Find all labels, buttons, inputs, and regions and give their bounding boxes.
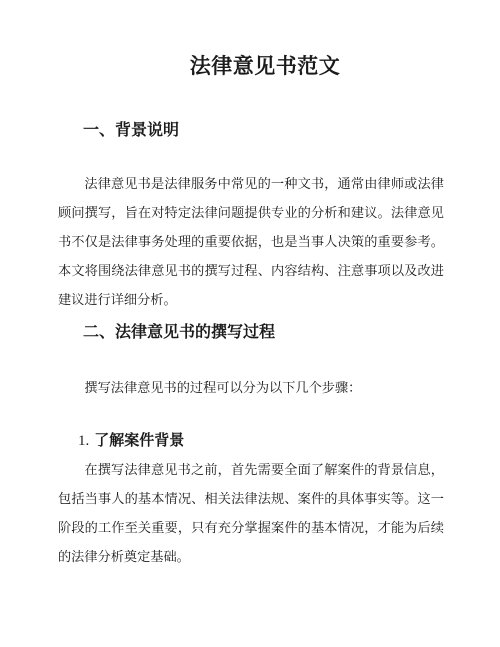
paragraph-line: 的法律分析奠定基础。 (58, 542, 444, 571)
document-title: 法律意见书范文 (58, 50, 444, 84)
section-heading-writing-process: 二、法律意见书的撰写过程 (58, 322, 444, 344)
paragraph-line: 阶段的工作至关重要，只有充分掌握案件的基本情况，才能为后续 (58, 513, 444, 542)
paragraph-case-background: 在撰写法律意见书之前，首先需要全面了解案件的背景信息， 包括当事人的基本情况、相… (58, 455, 444, 571)
subsection-number: 1. (78, 433, 89, 449)
paragraph-line: 包括当事人的基本情况、相关法律法规、案件的具体事实等。这一 (58, 484, 444, 513)
paragraph-line: 法律意见书是法律服务中常见的一种文书，通常由律师或法律 (58, 169, 444, 198)
paragraph-line: 书不仅是法律事务处理的重要依据，也是当事人决策的重要参考。 (58, 227, 444, 256)
paragraph-line: 本文将围绕法律意见书的撰写过程、内容结构、注意事项以及改进 (58, 256, 444, 285)
paragraph-line: 建议进行详细分析。 (58, 285, 444, 314)
paragraph-line: 撰写法律意见书的过程可以分为以下几个步骤： (58, 373, 444, 402)
paragraph-line: 顾问撰写，旨在对特定法律问题提供专业的分析和建议。法律意见 (58, 198, 444, 227)
paragraph-steps-intro: 撰写法律意见书的过程可以分为以下几个步骤： (58, 373, 444, 402)
subsection-heading-case-background: 1.了解案件背景 (58, 430, 444, 452)
subsection-title: 了解案件背景 (94, 432, 184, 449)
document-page: 法律意见书范文 一、背景说明 法律意见书是法律服务中常见的一种文书，通常由律师或… (0, 0, 500, 647)
section-heading-background: 一、背景说明 (58, 120, 444, 142)
paragraph-background: 法律意见书是法律服务中常见的一种文书，通常由律师或法律 顾问撰写，旨在对特定法律… (58, 169, 444, 314)
paragraph-line: 在撰写法律意见书之前，首先需要全面了解案件的背景信息， (58, 455, 444, 484)
